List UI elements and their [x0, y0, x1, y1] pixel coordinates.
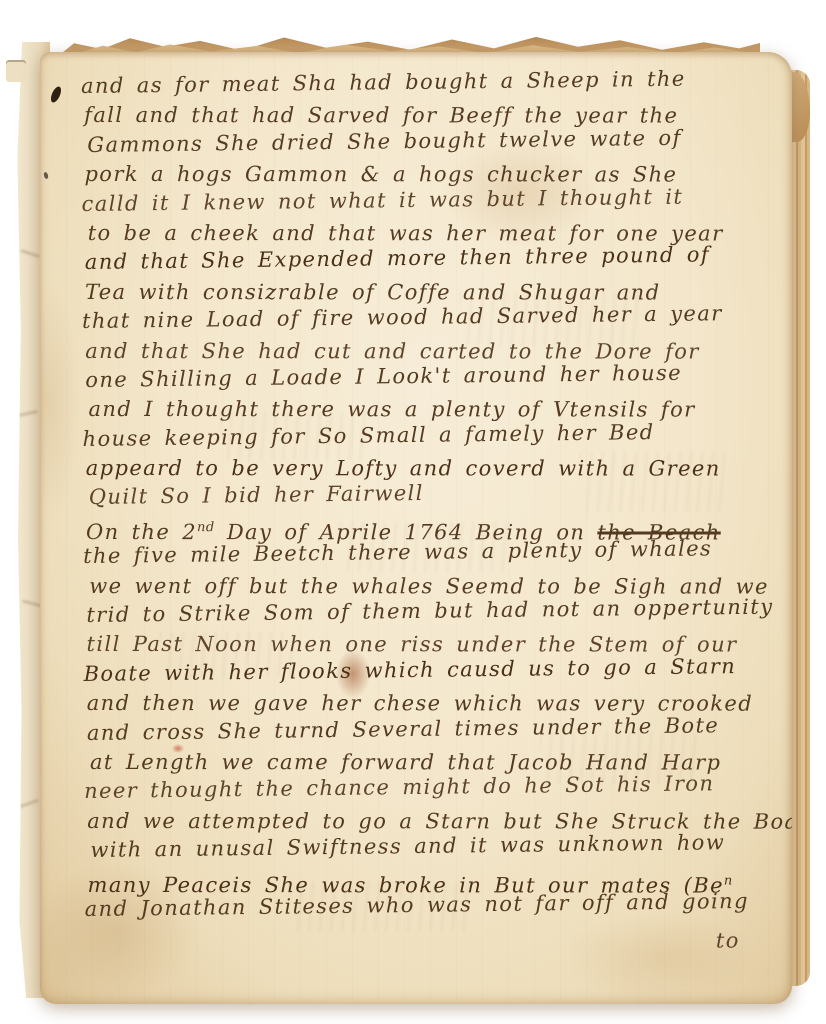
line-text: neer thought the chance might do he Sot …	[84, 772, 714, 804]
ink-speck	[43, 172, 49, 180]
manuscript-page: and as for meat Sha had bought a Sheep i…	[40, 52, 792, 1004]
line-text: and as for meat Sha had bought a Sheep i…	[81, 67, 686, 98]
manuscript-line: and as for meat Sha had bought a Sheep i…	[81, 64, 776, 102]
line-text: one Shilling a Loade I Look't around her…	[85, 361, 682, 392]
line-text: Gammons She dried She bought twelve wate…	[87, 126, 682, 157]
line-text: Boate with her flooks which causd us to …	[83, 654, 736, 686]
line-text: and that She Expended more then three po…	[85, 243, 710, 275]
foxing-stain	[40, 282, 80, 522]
showthrough-mark	[20, 249, 40, 258]
line-text: and cross She turnd Several times under …	[87, 713, 720, 745]
catchword: to	[91, 926, 780, 956]
ink-speck	[49, 85, 63, 104]
photo-background: and as for meat Sha had bought a Sheep i…	[0, 0, 826, 1024]
line-text: trid to Strike Som of them but had not a…	[86, 595, 773, 627]
line-text: and Jonathan Stiteses who was not far of…	[84, 889, 749, 921]
line-text: house keeping for So Small a famely her …	[82, 420, 654, 451]
protruding-page-fragment	[6, 60, 26, 82]
line-text: the five mile Beetch there was a plenty …	[83, 537, 712, 569]
showthrough-mark	[18, 410, 38, 417]
superscript-text: nd	[197, 520, 215, 535]
manuscript-book: and as for meat Sha had bought a Sheep i…	[16, 28, 808, 1014]
line-text: Quilt So I bid her Fairwell	[89, 481, 424, 509]
showthrough-mark	[19, 799, 39, 809]
superscript-text: n	[724, 873, 733, 888]
manuscript-lines: and as for meat Sha had bought a Sheep i…	[84, 69, 780, 956]
line-text: calld it I knew not what it was but I th…	[81, 184, 683, 215]
line-text: that nine Load of fire wood had Sarved h…	[82, 301, 723, 333]
line-text: with an unusal Swiftness and it was unkn…	[90, 830, 725, 862]
